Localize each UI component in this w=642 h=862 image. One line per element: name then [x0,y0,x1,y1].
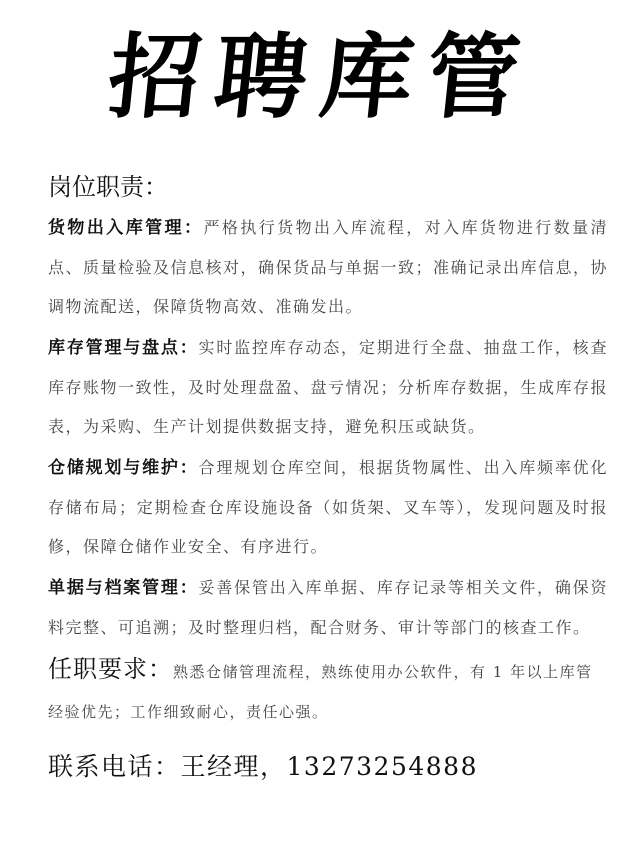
duty-item-warehouse-planning: 仓储规划与维护：合理规划仓库空间，根据货物属性、出入库频率优化存储布局；定期检查… [48,448,608,566]
poster-title: 招聘库管 [0,22,642,132]
duties-heading: 岗位职责： [48,170,608,204]
contact-phone: 13273254888 [287,752,478,781]
duty-item-title: 库存管理与盘点： [48,338,199,358]
recruitment-poster: 招聘库管 岗位职责： 货物出入库管理：严格执行货物出入库流程，对入库货物进行数量… [0,0,642,862]
contact-info: 联系电话：王经理，13273254888 [48,747,608,787]
requirements-label: 任职要求： [48,655,173,683]
duty-item-title: 货物出入库管理： [48,218,203,238]
duty-item-title: 仓储规划与维护： [48,458,199,478]
requirements: 任职要求：熟悉仓储管理流程，熟练使用办公软件，有 1 年以上库管经验优先；工作细… [48,649,608,732]
duty-item-documents: 单据与档案管理：妥善保管出入库单据、库存记录等相关文件，确保资料完整、可追溯；及… [48,568,608,647]
contact-label: 联系电话： [48,752,181,781]
duty-item-title: 单据与档案管理： [48,578,199,598]
poster-content: 岗位职责： 货物出入库管理：严格执行货物出入库流程，对入库货物进行数量清点、质量… [48,170,608,787]
duty-item-inventory: 库存管理与盘点：实时监控库存动态，定期进行全盘、抽盘工作，核查库存账物一致性，及… [48,328,608,446]
contact-name: 王经理， [181,752,287,781]
duty-item-inbound-outbound: 货物出入库管理：严格执行货物出入库流程，对入库货物进行数量清点、质量检验及信息核… [48,208,608,326]
